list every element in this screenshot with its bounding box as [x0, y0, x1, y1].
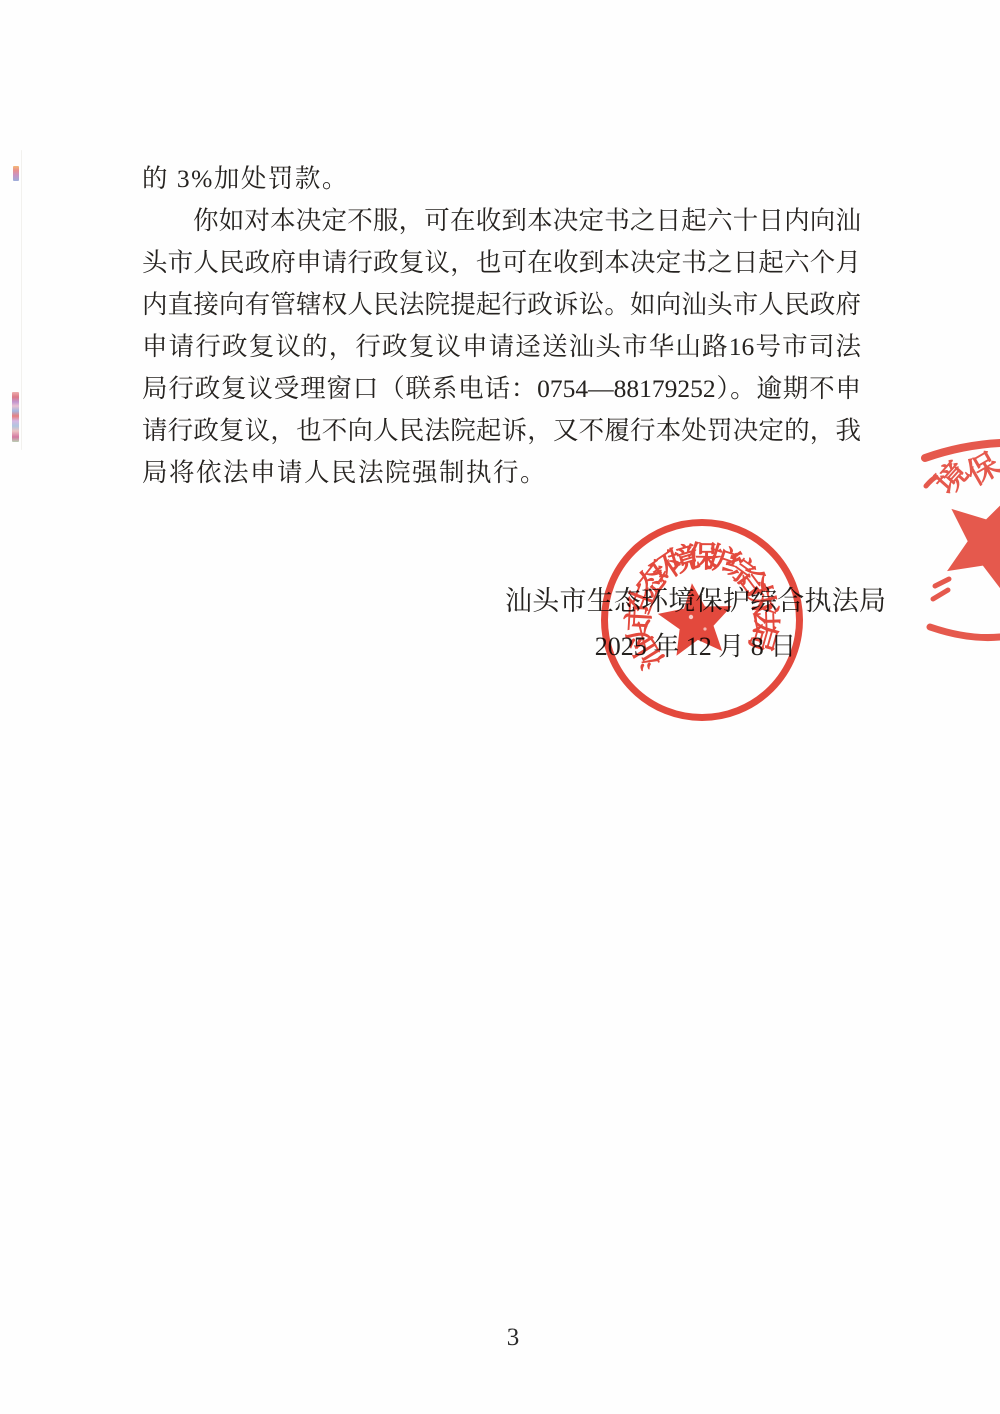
edge-seal-ring-bottom: [930, 627, 1000, 638]
paragraph-line: 的 3%加处罚款。: [142, 158, 861, 200]
seal-star-icon: [655, 579, 736, 657]
paragraph-line: 请行政复议，也不向人民法院起诉，又不履行本处罚决定的，我: [142, 410, 861, 452]
paragraph-line: 头市人民政府申请行政复议，也可在收到本决定书之日起六个月: [142, 242, 861, 284]
edge-seal: 境 保: [880, 400, 1000, 680]
edge-seal-fragment: [933, 579, 949, 599]
paragraph-line: 局将依法申请人民法院强制执行。: [142, 452, 861, 494]
paragraph-line: 局行政复议受理窗口（联系电话：0754—88179252）。逾期不申: [142, 368, 861, 410]
scan-artifact: [13, 166, 19, 181]
ink-speck: [703, 627, 706, 630]
scan-artifact: [21, 150, 22, 450]
scan-artifact: [12, 392, 19, 442]
page-number: 3: [13, 1324, 1000, 1352]
body-text: 的 3%加处罚款。 你如对本决定不服，可在收到本决定书之日起六十日内向汕 头市人…: [142, 158, 861, 494]
paragraph-line: 你如对本决定不服，可在收到本决定书之日起六十日内向汕: [142, 200, 861, 242]
document-page: 的 3%加处罚款。 你如对本决定不服，可在收到本决定书之日起六十日内向汕 头市人…: [0, 0, 1000, 1414]
paragraph-line: 内直接向有管辖权人民法院提起行政诉讼。如向汕头市人民政府: [142, 284, 861, 326]
paragraph-line: 申请行政复议的，行政复议申请迳送汕头市华山路16号市司法: [142, 326, 861, 368]
ink-speck: [689, 615, 693, 619]
official-seal: 汕头市生态环境保护综合执法局: [587, 505, 817, 735]
